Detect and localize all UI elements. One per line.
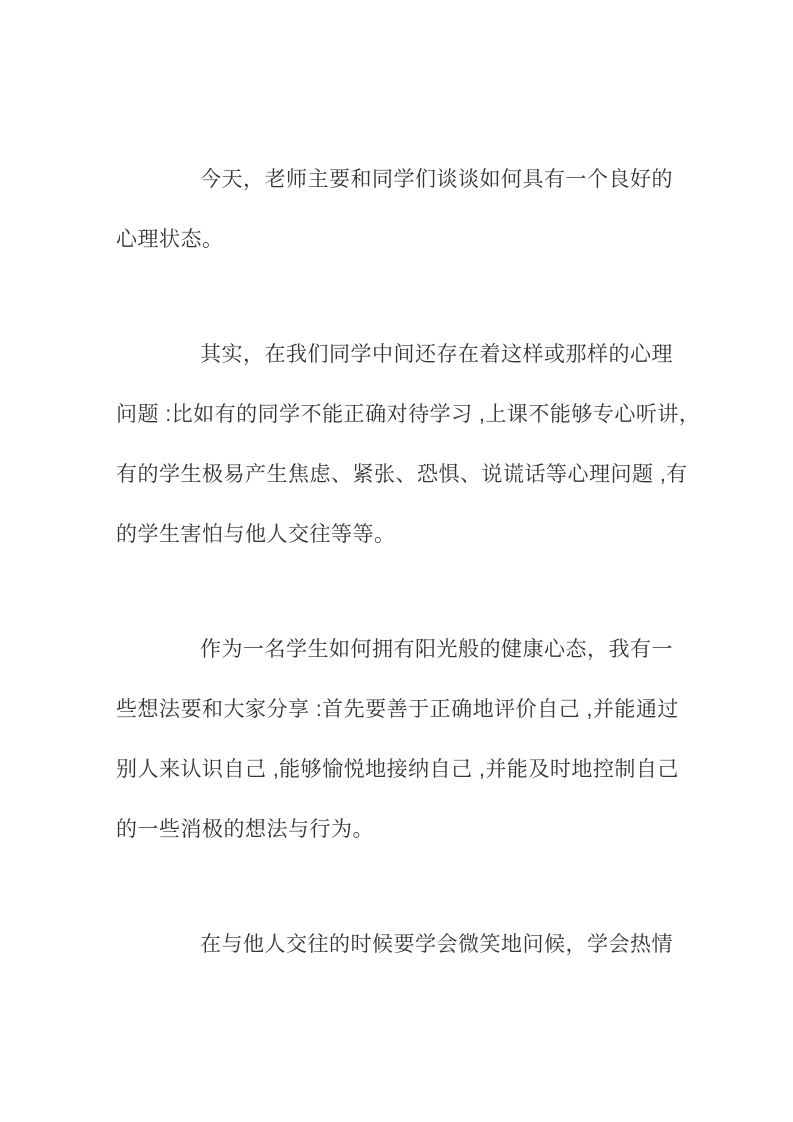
text-line: 的学生害怕与他人交往等等。	[116, 505, 753, 565]
document-page: 今天，老师主要和同学们谈谈如何具有一个良好的心理状态。其实，在我们同学中间还存在…	[0, 0, 793, 1122]
text-line: 在与他人交往的时候要学会微笑地问候，学会热情	[116, 915, 753, 975]
text-line: 其实，在我们同学中间还存在着这样或那样的心理	[116, 325, 753, 385]
text-line: 的一些消极的想法与行为。	[116, 800, 753, 860]
text-line: 些想法要和大家分享 :首先要善于正确地评价自己 ,并能通过	[116, 680, 753, 740]
text-line: 心理状态。	[116, 210, 753, 270]
paragraph: 今天，老师主要和同学们谈谈如何具有一个良好的心理状态。	[116, 150, 753, 270]
text-line: 有的学生极易产生焦虑、紧张、恐惧、说谎话等心理问题 ,有	[116, 445, 753, 505]
text-line: 今天，老师主要和同学们谈谈如何具有一个良好的	[116, 150, 753, 210]
paragraph: 作为一名学生如何拥有阳光般的健康心态，我有一些想法要和大家分享 :首先要善于正确…	[116, 620, 753, 860]
text-line: 问题 :比如有的同学不能正确对待学习 ,上课不能够专心听讲，	[116, 385, 753, 445]
text-line: 作为一名学生如何拥有阳光般的健康心态，我有一	[116, 620, 753, 680]
text-line: 别人来认识自己 ,能够愉悦地接纳自己 ,并能及时地控制自己	[116, 740, 753, 800]
paragraph: 在与他人交往的时候要学会微笑地问候，学会热情	[116, 915, 753, 975]
paragraph: 其实，在我们同学中间还存在着这样或那样的心理问题 :比如有的同学不能正确对待学习…	[116, 325, 753, 565]
document-body: 今天，老师主要和同学们谈谈如何具有一个良好的心理状态。其实，在我们同学中间还存在…	[0, 0, 793, 1122]
